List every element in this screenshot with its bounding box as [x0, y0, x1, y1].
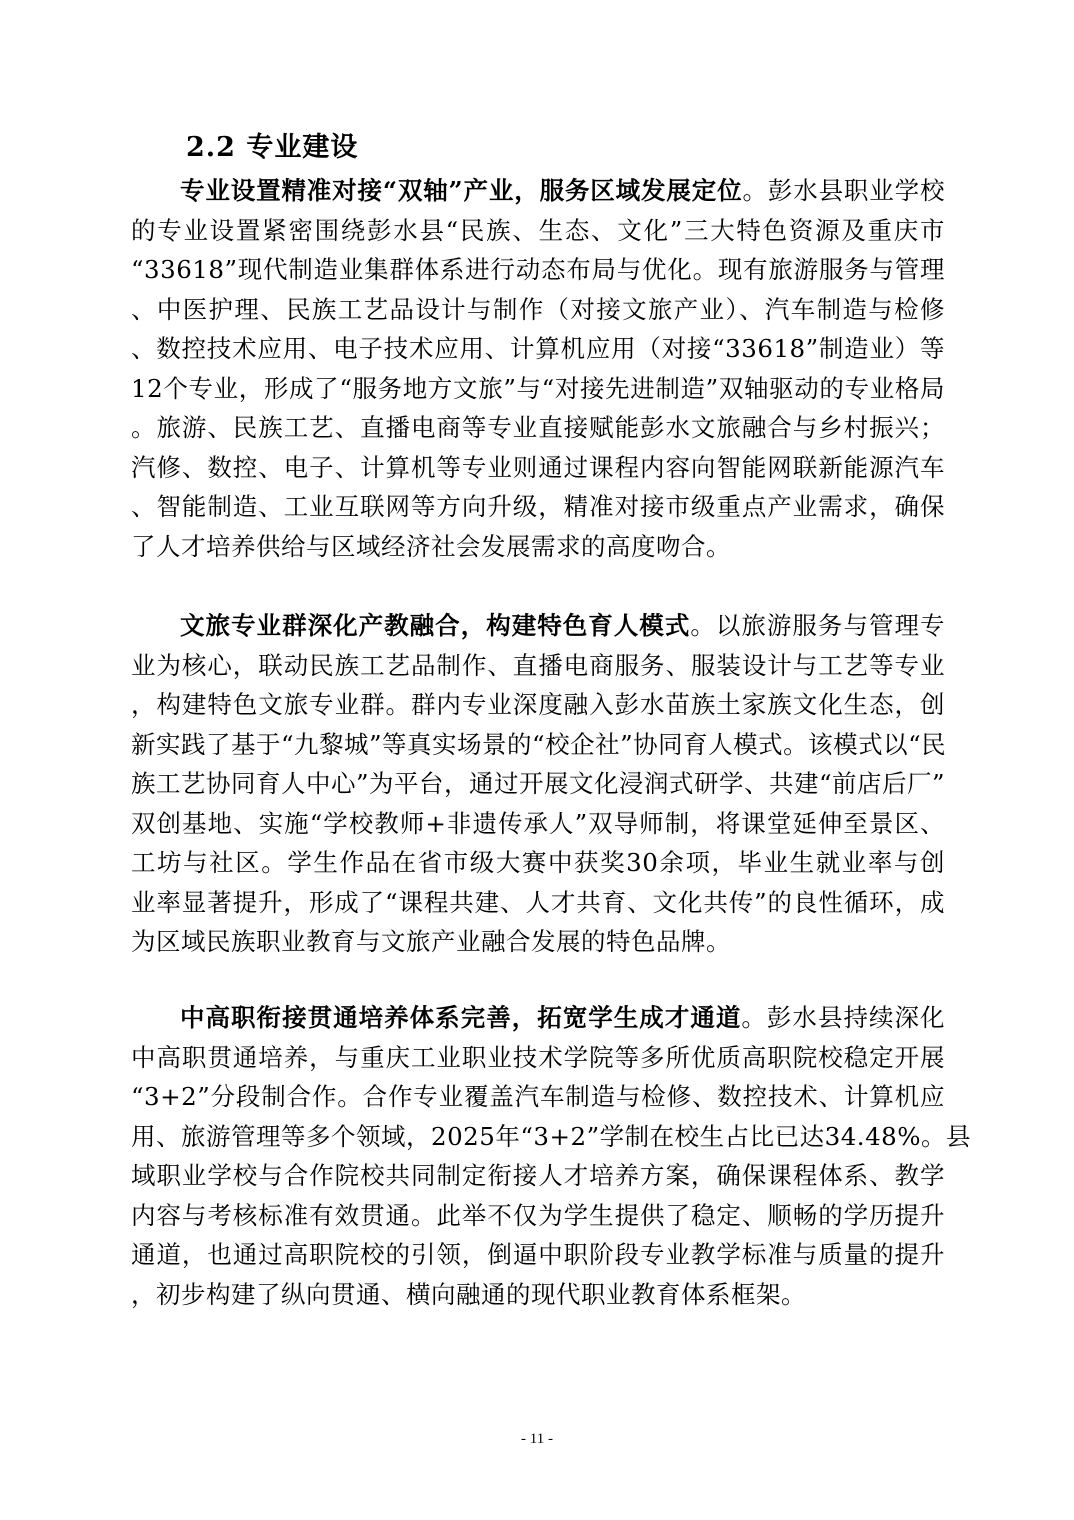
paragraph-line: 业为核心，联动民族工艺品制作、直播电商服务、服装设计与工艺等专业 [131, 646, 945, 686]
paragraph-line: 中高职贯通培养，与重庆工业职业技术学院等多所优质高职院校稳定开展 [131, 1038, 945, 1078]
paragraph-lead: 中高职衔接贯通培养体系完善，拓宽学生成才通道 [180, 1003, 741, 1032]
paragraph-major-setup: 专业设置精准对接“双轴”产业，服务区域发展定位。彭水县职业学校 的专业设置紧密围… [131, 171, 945, 566]
paragraph-vocational-pathway: 中高职衔接贯通培养体系完善，拓宽学生成才通道。彭水县持续深化 中高职贯通培养，与… [131, 998, 945, 1314]
paragraph-line: 用、旅游管理等多个领域，2025年“3+2”学制在校生占比已达34.48%。县 [131, 1117, 945, 1157]
paragraph-line: 通道，也通过高职院校的引领，倒逼中职阶段专业教学标准与质量的提升 [131, 1235, 945, 1275]
paragraph-line: 汽修、数控、电子、计算机等专业则通过课程内容向智能网联新能源汽车 [131, 448, 945, 488]
section-heading: 2.2 专业建设 [186, 128, 358, 168]
paragraph-line: 业率显著提升，形成了“课程共建、人才共育、文化共传”的良性循环，成 [131, 883, 945, 923]
page-number: - 11 - [0, 1428, 1074, 1450]
paragraph-line: 工坊与社区。学生作品在省市级大赛中获奖30余项，毕业生就业率与创 [131, 843, 945, 883]
paragraph-line: 12个专业，形成了“服务地方文旅”与“对接先进制造”双轴驱动的专业格局 [131, 369, 945, 409]
paragraph-line: “3+2”分段制合作。合作专业覆盖汽车制造与检修、数控技术、计算机应 [131, 1077, 945, 1117]
paragraph-line: 族工艺协同育人中心”为平台，通过开展文化浸润式研学、共建“前店后厂” [131, 764, 945, 804]
paragraph-line: 双创基地、实施“学校教师+非遗传承人”双导师制，将课堂延伸至景区、 [131, 804, 945, 844]
paragraph-line: 了人才培养供给与区域经济社会发展需求的高度吻合。 [131, 527, 945, 567]
paragraph-line: “33618”现代制造业集群体系进行动态布局与优化。现有旅游服务与管理 [131, 250, 945, 290]
paragraph-line: 为区域民族职业教育与文旅产业融合发展的特色品牌。 [131, 922, 945, 962]
paragraph-line: 、数控技术应用、电子技术应用、计算机应用（对接“33618”制造业）等 [131, 329, 945, 369]
paragraph-line: 中高职衔接贯通培养体系完善，拓宽学生成才通道。彭水县持续深化 [131, 998, 945, 1038]
document-page: 2.2 专业建设 专业设置精准对接“双轴”产业，服务区域发展定位。彭水县职业学校… [0, 0, 1074, 1520]
paragraph-line: 、智能制造、工业互联网等方向升级，精准对接市级重点产业需求，确保 [131, 487, 945, 527]
paragraph-line: 内容与考核标准有效贯通。此举不仅为学生提供了稳定、顺畅的学历提升 [131, 1196, 945, 1236]
paragraph-line: ，初步构建了纵向贯通、横向融通的现代职业教育体系框架。 [131, 1275, 945, 1315]
paragraph-line: 的专业设置紧密围绕彭水县“民族、生态、文化”三大特色资源及重庆市 [131, 211, 945, 251]
paragraph-line: 。旅游、民族工艺、直播电商等专业直接赋能彭水文旅融合与乡村振兴； [131, 408, 945, 448]
paragraph-line: ，构建特色文旅专业群。群内专业深度融入彭水苗族土家族文化生态，创 [131, 685, 945, 725]
paragraph-line: 域职业学校与合作院校共同制定衔接人才培养方案，确保课程体系、教学 [131, 1156, 945, 1196]
paragraph-line: 文旅专业群深化产教融合，构建特色育人模式。以旅游服务与管理专 [131, 606, 945, 646]
paragraph-cultural-tourism-group: 文旅专业群深化产教融合，构建特色育人模式。以旅游服务与管理专 业为核心，联动民族… [131, 606, 945, 962]
paragraph-line: 新实践了基于“九黎城”等真实场景的“校企社”协同育人模式。该模式以“民 [131, 725, 945, 765]
paragraph-line: 专业设置精准对接“双轴”产业，服务区域发展定位。彭水县职业学校 [131, 171, 945, 211]
paragraph-lead: 专业设置精准对接“双轴”产业，服务区域发展定位 [180, 176, 742, 205]
paragraph-lead: 文旅专业群深化产教融合，构建特色育人模式 [180, 611, 690, 640]
paragraph-line: 、中医护理、民族工艺品设计与制作（对接文旅产业）、汽车制造与检修 [131, 290, 945, 330]
